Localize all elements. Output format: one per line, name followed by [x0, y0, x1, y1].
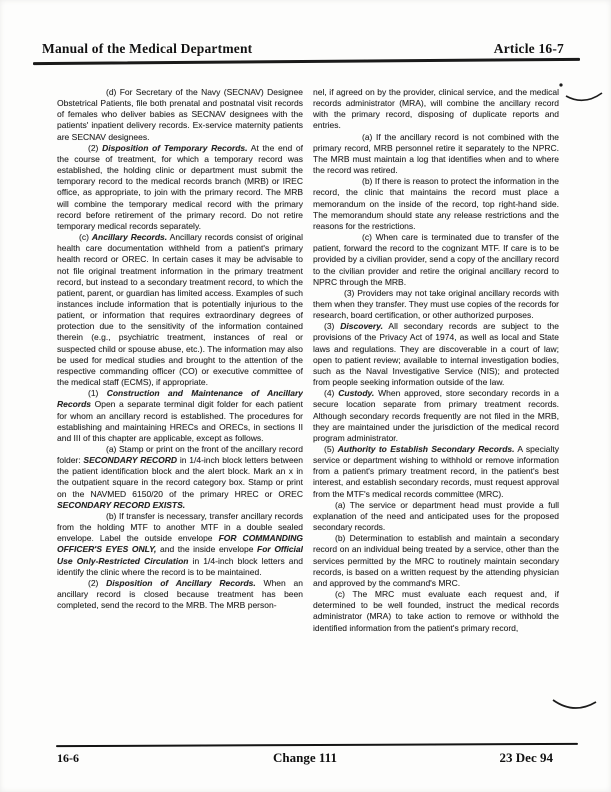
document-page: Manual of the Medical Department Article…	[0, 0, 611, 792]
document-body: (d) For Secretary of the Navy (SECNAV) D…	[57, 87, 559, 713]
paragraph: (3) Providers may not take original anci…	[313, 288, 559, 321]
paragraph: (3) Discovery. All secondary records are…	[313, 321, 559, 388]
header-rule	[33, 58, 580, 65]
column-left: (d) For Secretary of the Navy (SECNAV) D…	[57, 87, 303, 713]
paragraph: (b) If transfer is necessary, transfer a…	[57, 511, 303, 578]
paragraph: (c) Ancillary Records. Ancillary records…	[57, 232, 303, 388]
paragraph: (2) Disposition of Temporary Records. At…	[57, 143, 303, 232]
paragraph: nel, if agreed on by the provider, clini…	[313, 87, 559, 132]
paragraph: (a) The service or department head must …	[313, 500, 559, 533]
header-title: Manual of the Medical Department	[42, 41, 252, 57]
column-right: nel, if agreed on by the provider, clini…	[313, 87, 559, 713]
paragraph: (d) For Secretary of the Navy (SECNAV) D…	[57, 87, 303, 143]
header-article-number: Article 16-7	[494, 41, 564, 57]
page-header: Manual of the Medical Department Article…	[42, 41, 564, 57]
scan-artifact-top-right	[554, 80, 606, 110]
page-footer: 16-6 Change 111 23 Dec 94	[57, 750, 553, 766]
paragraph: (c) When care is terminated due to trans…	[313, 232, 559, 288]
footer-change-number: Change 111	[222, 750, 387, 766]
paragraph: (a) If the ancillary record is not combi…	[313, 132, 559, 177]
footer-page-number: 16-6	[57, 751, 222, 766]
paragraph: (b) Determination to establish and maint…	[313, 533, 559, 589]
paragraph: (c) The MRC must evaluate each request a…	[313, 589, 559, 634]
paragraph: (1) Construction and Maintenance of Anci…	[57, 388, 303, 444]
footer-rule	[56, 743, 578, 748]
footer-date: 23 Dec 94	[388, 750, 553, 766]
paragraph: (4) Custody. When approved, store second…	[313, 388, 559, 444]
paragraph: (5) Authority to Establish Secondary Rec…	[313, 444, 559, 500]
paragraph: (2) Disposition of Ancillary Records. Wh…	[57, 578, 303, 611]
paragraph: (a) Stamp or print on the front of the a…	[57, 444, 303, 511]
paragraph: (b) If there is reason to protect the in…	[313, 176, 559, 232]
